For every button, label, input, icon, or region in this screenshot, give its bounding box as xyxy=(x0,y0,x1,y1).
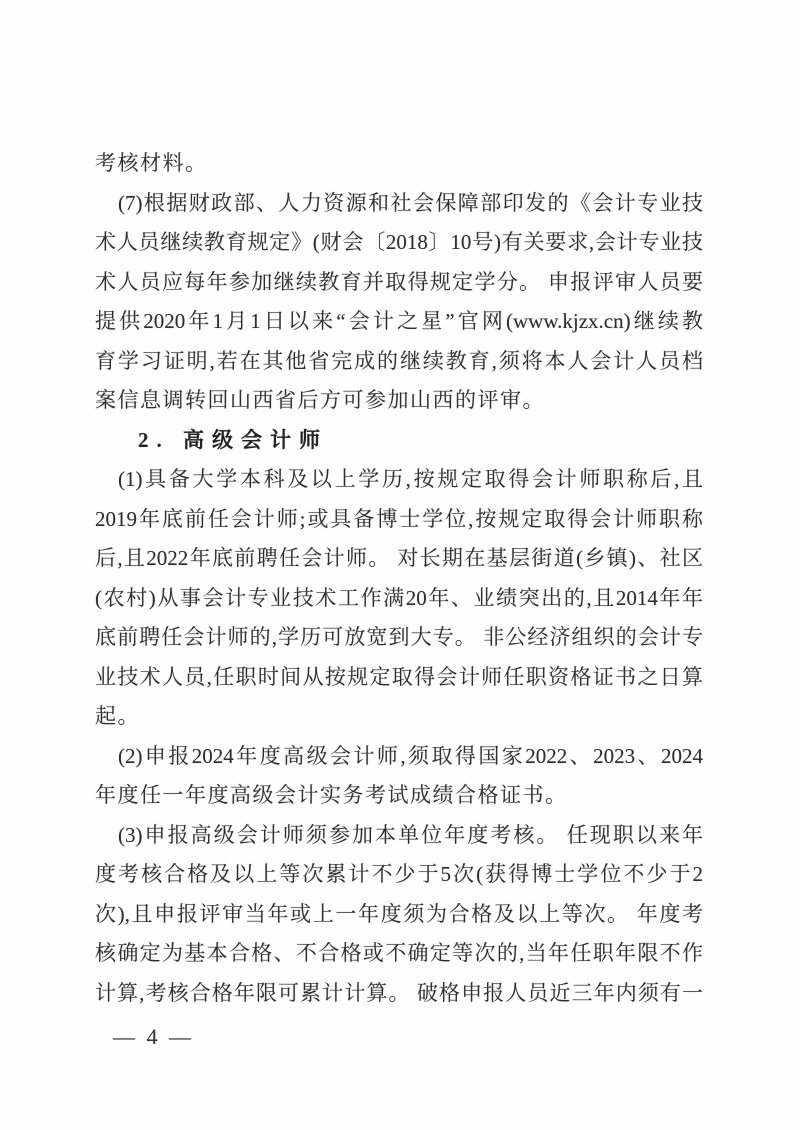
section-heading: 2. 高级会计师 xyxy=(95,421,703,461)
text-line: 后,且2022年底前聘任会计师。 对长期在基层街道(乡镇)、社区 xyxy=(95,539,703,579)
page-number: — 4 — xyxy=(113,1022,194,1052)
text-line: 术人员应每年参加继续教育并取得规定学分。 申报评审人员要 xyxy=(95,263,703,303)
text-line: 次),且申报评审当年或上一年度须为合格及以上等次。 年度考 xyxy=(95,895,703,935)
text-line: (农村)从事会计专业技术工作满20年、业绩突出的,且2014年年 xyxy=(95,579,703,619)
text-line: (7)根据财政部、人力资源和社会保障部印发的《会计专业技 xyxy=(95,184,703,224)
text-line: 计算,考核合格年限可累计计算。 破格申报人员近三年内须有一 xyxy=(95,974,703,1014)
text-line: 核确定为基本合格、不合格或不确定等次的,当年任职年限不作 xyxy=(95,934,703,974)
text-line: 2019年底前任会计师;或具备博士学位,按规定取得会计师职称 xyxy=(95,500,703,540)
text-line: 术人员继续教育规定》(财会〔2018〕10号)有关要求,会计专业技 xyxy=(95,223,703,263)
text-line: (1)具备大学本科及以上学历,按规定取得会计师职称后,且 xyxy=(95,460,703,500)
text-line: 考核材料。 xyxy=(95,144,703,184)
document-body: 考核材料。(7)根据财政部、人力资源和社会保障部印发的《会计专业技术人员继续教育… xyxy=(95,144,703,1013)
text-line: 提供2020年1月1日以来“会计之星”官网(www.kjzx.cn)继续教 xyxy=(95,302,703,342)
text-line: (3)申报高级会计师须参加本单位年度考核。 任现职以来年 xyxy=(95,816,703,856)
document-page: 考核材料。(7)根据财政部、人力资源和社会保障部印发的《会计专业技术人员继续教育… xyxy=(0,0,800,1130)
text-line: 年度任一年度高级会计实务考试成绩合格证书。 xyxy=(95,776,703,816)
text-line: 起。 xyxy=(95,697,703,737)
text-line: 度考核合格及以上等次累计不少于5次(获得博士学位不少于2 xyxy=(95,855,703,895)
text-line: (2)申报2024年度高级会计师,须取得国家2022、2023、2024 xyxy=(95,737,703,777)
text-line: 业技术人员,任职时间从按规定取得会计师任职资格证书之日算 xyxy=(95,658,703,698)
text-line: 案信息调转回山西省后方可参加山西的评审。 xyxy=(95,381,703,421)
text-line: 底前聘任会计师的,学历可放宽到大专。 非公经济组织的会计专 xyxy=(95,618,703,658)
text-line: 育学习证明,若在其他省完成的继续教育,须将本人会计人员档 xyxy=(95,342,703,382)
